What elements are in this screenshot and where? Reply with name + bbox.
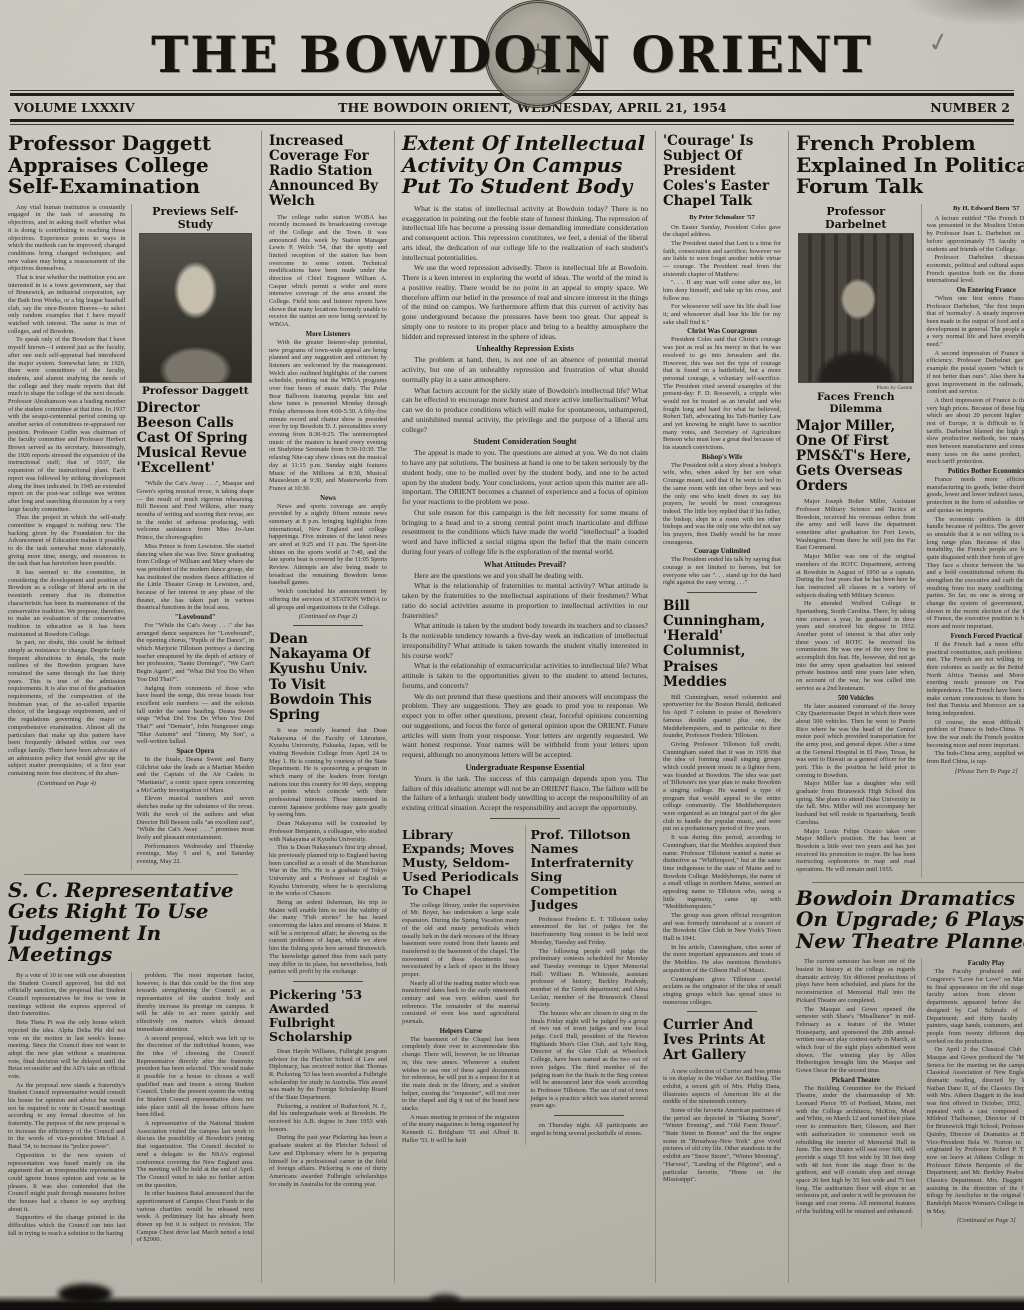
- article-pickering: Pickering '53 Awarded Fulbright Scholars…: [269, 988, 387, 1188]
- article-paragraph: If the French had a more efficient and p…: [927, 641, 1024, 718]
- article-paragraph: A second impression of France is that of…: [927, 350, 1024, 396]
- section-divider: [687, 1011, 757, 1012]
- article-paragraph: Nearly all of the reading matter which w…: [402, 980, 520, 1026]
- article-subhead: 500 Vehicles: [796, 695, 916, 702]
- article-paragraph: What is the status of intellectual activ…: [402, 204, 648, 263]
- article-beeson: Director Beeson Calls Cast Of Spring Mus…: [137, 401, 255, 866]
- article-paragraph: A representative of the National Student…: [137, 1120, 255, 1189]
- tillotson-headline: Prof. Tillotson Names Interfraternity Si…: [531, 828, 649, 912]
- article-paragraph: Major Louis Felipe Ocasio takes over Maj…: [796, 828, 916, 874]
- courage-byline: By Peter Schmalzer '57: [663, 214, 781, 221]
- article-subhead: Student Consideration Sought: [402, 437, 648, 446]
- article-subhead: On Entering France: [927, 287, 1024, 294]
- french-headline: French Problem Explained In Political Fo…: [796, 133, 1024, 198]
- nakayama-headline: Dean Nakayama Of Kyushu Univ. To Visit B…: [269, 632, 387, 723]
- currier-body: A new collection of Currier and Ives pri…: [663, 1068, 781, 1184]
- article-paragraph: A third impression of France is that of …: [927, 397, 1024, 466]
- section-divider: [490, 818, 560, 819]
- article-paragraph: It has seemed to the committee, in consi…: [8, 569, 126, 638]
- article-currier: Currier And Ives Prints At Art Gallery A…: [663, 1018, 781, 1184]
- courage-body: On Easter Sunday, President Coles gave t…: [663, 224, 781, 588]
- article-paragraph: Welch concluded his announcement by offe…: [269, 588, 387, 611]
- nakayama-body: It was recently learned that Dean Nakaya…: [269, 727, 387, 976]
- scan-blot: [58, 1284, 112, 1304]
- daggett-photo-caption: Professor Daggett: [137, 385, 255, 397]
- article-subhead: News: [269, 495, 387, 502]
- article-paragraph: The President told a story about a bisho…: [663, 462, 781, 547]
- french-body: A lecture entitled "The French Dilemma" …: [927, 215, 1024, 766]
- article-paragraph: Being an ardent fisherman, his trip to M…: [269, 899, 387, 976]
- article-paragraph: Bill Cunningham, noted columnist and spo…: [663, 694, 781, 740]
- article-paragraph: Major Joseph Bolter Miller, Assistant Pr…: [796, 498, 916, 552]
- article-paragraph: It was during this period, according to …: [663, 834, 781, 911]
- article-paragraph: problem. The most important factor, howe…: [137, 972, 255, 1034]
- article-paragraph: Thus the project in which the self-study…: [8, 514, 126, 568]
- article-editorial: Extent Of Intellectual Activity On Campu…: [402, 133, 648, 813]
- pen-mark-icon: ✓: [925, 26, 953, 60]
- article-paragraph: News and sports coverage are amply provi…: [269, 503, 387, 588]
- article-paragraph: This is Dean Nakayama's first trip abroa…: [269, 844, 387, 898]
- dateline-rule-heavy: [10, 119, 1014, 122]
- article-paragraph: Yours is the task. The success of this c…: [402, 774, 648, 813]
- article-paragraph: The President ended his talk by saying t…: [663, 556, 781, 587]
- article-paragraph: Some of the favorite American pastimes o…: [663, 1107, 781, 1184]
- article-paragraph: During the past year Pickering has been …: [269, 1134, 387, 1188]
- article-paragraph: The group was given official recognition…: [663, 912, 781, 943]
- column-stack-5: French Problem Explained In Political Fo…: [788, 131, 1024, 1283]
- article-paragraph: "When one first enters France," said Pro…: [927, 295, 1024, 349]
- article-paragraph: Judging from comments of those who have …: [137, 685, 255, 747]
- section-divider: [24, 874, 238, 875]
- column-stack-2: Increased Coverage For Radio Station Ann…: [261, 131, 387, 1283]
- student-council-headline: S. C. Representative Gets Right To Use J…: [8, 880, 254, 966]
- article-paragraph: In other business Batal announced that t…: [137, 1190, 255, 1244]
- daggett-sidebar: Previews Self-Study Professor Daggett Di…: [131, 204, 255, 870]
- article-paragraph: The Indo-China army, supplied with goods…: [927, 750, 1024, 765]
- article-paragraph: In the finale, Deana Sweet and Barry Gil…: [137, 756, 255, 794]
- article-paragraph: Performances Wednesday and Thursday even…: [137, 843, 255, 866]
- article-daggett: Professor Daggett Appraises College Self…: [8, 133, 254, 870]
- currier-headline: Currier And Ives Prints At Art Gallery: [663, 1018, 781, 1063]
- dateline-rule-thin: [10, 124, 1014, 125]
- article-tillotson: Prof. Tillotson Names Interfraternity Si…: [525, 825, 649, 1146]
- courage-headline: 'Courage' Is Subject Of President Coles'…: [663, 134, 781, 210]
- article-paragraph: Dean Haydn Williams, Fulbright program a…: [269, 1048, 387, 1102]
- page-columns: Professor Daggett Appraises College Self…: [0, 125, 1024, 1283]
- article-paragraph: Any vital human institution is constantl…: [8, 204, 126, 273]
- editorial-headline: Extent Of Intellectual Activity On Campu…: [402, 133, 648, 198]
- miller-body: Major Joseph Bolter Miller, Assistant Pr…: [796, 498, 916, 873]
- french-byline: By H. Edward Born '57: [927, 205, 1024, 212]
- article-nakayama: Dean Nakayama Of Kyushu Univ. To Visit B…: [269, 632, 387, 976]
- article-paragraph: The Faculty produced and played Congreve…: [927, 968, 1024, 1045]
- cunningham-body: Bill Cunningham, noted columnist and spo…: [663, 694, 781, 1007]
- article-paragraph: He attended Wofford College in Spartanbu…: [796, 600, 916, 692]
- miller-headline: Major Miller, One Of First PMS&T's Here,…: [796, 419, 916, 495]
- article-paragraph: A new collection of Currier and Ives pri…: [663, 1068, 781, 1106]
- scan-edge: [0, 1295, 1024, 1310]
- article-paragraph: The current semester has been one of the…: [796, 958, 916, 1004]
- article-paragraph: Giving Professor Tillotson full credit, …: [663, 741, 781, 833]
- pickering-body: Dean Haydn Williams, Fulbright program a…: [269, 1048, 387, 1188]
- article-paragraph: A mass meeting in protest of the migrati…: [402, 1114, 520, 1145]
- article-subhead: What Attitudes Prevail?: [402, 560, 648, 569]
- library-body: The college library, under the supervisi…: [402, 902, 520, 1145]
- article-subhead: Unhealthy Repression Exists: [402, 344, 648, 353]
- cunningham-headline: Bill Cunningham, 'Herald' Columnist, Pra…: [663, 599, 781, 690]
- article-paragraph: What is the relationship of extracurricu…: [402, 661, 648, 690]
- article-subhead: Bishop's Wife: [663, 454, 781, 461]
- article-paragraph: A second proposal, which was left up to …: [137, 1035, 255, 1120]
- article-subhead: Pickard Theatre: [796, 1077, 916, 1084]
- article-dramatics: Bowdoin Dramatics On Upgrade; 6 Plays, N…: [796, 888, 1024, 1229]
- article-subhead: More Listeners: [269, 331, 387, 338]
- newspaper-title: THE BOWDOIN ORIENT: [151, 12, 873, 90]
- article-paragraph: The college library, under the supervisi…: [402, 902, 520, 979]
- article-paragraph: Pickering, a resident of Rutherford, N. …: [269, 1103, 387, 1134]
- article-paragraph: The economic problem is difficult to han…: [927, 516, 1024, 631]
- article-paragraph: A lecture entitled "The French Dilemma" …: [927, 215, 1024, 253]
- article-cunningham: Bill Cunningham, 'Herald' Columnist, Pra…: [663, 599, 781, 1006]
- radio-headline: Increased Coverage For Radio Station Ann…: [269, 134, 387, 210]
- issue-number-label: NUMBER 2: [930, 100, 1010, 115]
- french-continued: [Please Turn To Page 2]: [927, 768, 1024, 775]
- student-council-col1: By a vote of 10 to one with one abstenti…: [8, 972, 126, 1245]
- article-paragraph: In his article, Cunningham, cites some o…: [663, 944, 781, 975]
- beeson-body: "While the Cat's Away . . .", Masque and…: [137, 480, 255, 865]
- daggett-continued: (Continued on Page 4): [8, 780, 126, 787]
- section-divider: [687, 592, 757, 593]
- editorial-body: What is the status of intellectual activ…: [402, 204, 648, 813]
- article-subhead: Christ Was Couragrous: [663, 328, 781, 335]
- newspaper-front-page: ☼ THE BOWDOIN ORIENT ✓ VOLUME LXXXIV THE…: [0, 0, 1024, 1310]
- dramatics-col2: Faculty PlayThe Faculty produced and pla…: [921, 958, 1024, 1228]
- article-paragraph: Of course, the most difficult colonial p…: [927, 719, 1024, 750]
- library-continuation: on Thursday night. All participants are …: [531, 1122, 649, 1137]
- article-subhead: Faculty Play: [927, 960, 1024, 967]
- student-council-col2: problem. The most important factor, howe…: [131, 972, 255, 1245]
- article-paragraph: He later assumed command of the Jersey C…: [796, 703, 916, 780]
- article-paragraph: What factors account for the sickly stat…: [402, 386, 648, 435]
- article-paragraph: Our sole reason for this campaign is the…: [402, 508, 648, 557]
- article-paragraph: France needs more efficiency in manufact…: [927, 476, 1024, 514]
- article-paragraph: We use the word repression advisedly. Th…: [402, 263, 648, 341]
- article-paragraph: With the greater listener-ship potential…: [269, 339, 387, 493]
- article-paragraph: The problem at hand, then, is not one of…: [402, 355, 648, 384]
- article-paragraph: Cunningham gives Tillotson special accla…: [663, 976, 781, 1007]
- article-subhead: "Lovebound": [137, 614, 255, 621]
- article-paragraph: ". . . If any man will come after me, le…: [663, 279, 781, 302]
- beeson-headline: Director Beeson Calls Cast Of Spring Mus…: [137, 401, 255, 477]
- article-library: Library Expands; Moves Musty, Seldom-Use…: [402, 825, 520, 1146]
- article-miller: Major Miller, One Of First PMS&T's Here,…: [796, 419, 916, 874]
- article-paragraph: That is true whether the institution you…: [8, 274, 126, 336]
- column-stack-3: Extent Of Intellectual Activity On Campu…: [394, 131, 648, 1283]
- article-subhead: French Forced Practical: [927, 633, 1024, 640]
- article-student-council: S. C. Representative Gets Right To Use J…: [8, 880, 254, 1245]
- professor-darbelnet-photo: [798, 233, 914, 383]
- article-paragraph: As the proposal now stands a fraternity'…: [8, 1082, 126, 1151]
- daggett-headline: Professor Daggett Appraises College Self…: [8, 133, 254, 198]
- article-paragraph: Here are the questions we and you shall …: [402, 571, 648, 581]
- article-paragraph: Opposition to the new system of represen…: [8, 1152, 126, 1214]
- article-paragraph: On Easter Sunday, President Coles gave t…: [663, 224, 781, 239]
- french-main: By H. Edward Born '57 A lecture entitled…: [921, 204, 1024, 878]
- article-subhead: Helpers Curse: [402, 1028, 520, 1035]
- article-paragraph: Professor Frederic E. T. Tillotson today…: [531, 916, 649, 947]
- dramatics-col1: The current semester has been one of the…: [796, 958, 916, 1228]
- article-french: French Problem Explained In Political Fo…: [796, 133, 1024, 878]
- radio-continued: (Continued on Page 2): [269, 613, 387, 620]
- article-paragraph: "While the Cat's Away . . .", Masque and…: [137, 480, 255, 542]
- scan-smudge: [904, 0, 1024, 26]
- article-paragraph: The Building Committee for the Pickard T…: [796, 1085, 916, 1216]
- section-divider: [293, 625, 363, 626]
- article-paragraph: Dean Nakayama will be counseled by Profe…: [269, 820, 387, 843]
- article-paragraph: What is the relationship of fraternities…: [402, 581, 648, 620]
- dramatics-col2-body: Faculty PlayThe Faculty produced and pla…: [927, 960, 1024, 1215]
- article-paragraph: Beta Theta Pi was the only house which r…: [8, 1019, 126, 1081]
- professor-daggett-photo: [139, 233, 253, 383]
- darbelnet-photo-label: Professor Darbelnet: [796, 205, 916, 231]
- dramatics-continued: [Continued on Page 3]: [927, 1217, 1024, 1224]
- article-paragraph: What attitude is taken by the student bo…: [402, 621, 648, 660]
- article-paragraph: The basement of the Chapel has been comp…: [402, 1036, 520, 1113]
- article-subhead: Politics Bother Economics: [927, 468, 1024, 475]
- tillotson-body: Professor Frederic E. T. Tillotson today…: [531, 916, 649, 1110]
- volume-label: VOLUME LXXXIV: [14, 100, 135, 115]
- article-courage: 'Courage' Is Subject Of President Coles'…: [663, 134, 781, 587]
- article-paragraph: On April 2 the Classical Club and the Ma…: [927, 1046, 1024, 1215]
- article-paragraph: We do not pretend that these questions a…: [402, 692, 648, 760]
- section-divider: [812, 882, 1024, 883]
- article-paragraph: President Coles said that Christ's coura…: [663, 336, 781, 451]
- article-subhead: Space Opera: [137, 748, 255, 755]
- library-headline: Library Expands; Moves Musty, Seldom-Use…: [402, 828, 520, 898]
- article-paragraph: For "While the Cat's Away . . ." she has…: [137, 622, 255, 684]
- radio-body: The college radio station WOBA has recen…: [269, 214, 387, 612]
- article-paragraph: Supporters of the change pointed to the …: [8, 1214, 126, 1237]
- article-paragraph: For whosoever will save his life shall l…: [663, 303, 781, 326]
- article-paragraph: Major Miller has a daughter who will gra…: [796, 780, 916, 826]
- scan-blot: [430, 1294, 460, 1306]
- dramatics-headline: Bowdoin Dramatics On Upgrade; 6 Plays, N…: [796, 888, 1024, 953]
- article-paragraph: Miss Prince is from Lewiston. She starte…: [137, 543, 255, 612]
- column-stack-4: 'Courage' Is Subject Of President Coles'…: [655, 131, 781, 1283]
- article-paragraph: The appeal is made to you. The questions…: [402, 448, 648, 507]
- article-paragraph: The Masque and Gown opened the semester …: [796, 1006, 916, 1075]
- article-paragraph: The houses who are chosen to sing in the…: [531, 1010, 649, 1110]
- article-radio: Increased Coverage For Radio Station Ann…: [269, 134, 387, 620]
- article-paragraph: Professor Darbelnet discussed the econom…: [927, 254, 1024, 285]
- article-paragraph: The following people will judge the prel…: [531, 948, 649, 1010]
- article-paragraph: The college radio station WOBA has recen…: [269, 214, 387, 329]
- daggett-body: Any vital human institution is constantl…: [8, 204, 126, 870]
- section-divider: [293, 981, 363, 982]
- column-stack-1: Professor Daggett Appraises College Self…: [8, 131, 254, 1283]
- darbelnet-photo-caption: Faces French Dilemma: [796, 391, 916, 415]
- article-paragraph: It was recently learned that Dean Nakaya…: [269, 727, 387, 819]
- daggett-photo-label: Previews Self-Study: [137, 205, 255, 231]
- article-paragraph: Eleven musical numbers and seven sketche…: [137, 795, 255, 841]
- article-paragraph: The President stated that Lent is a time…: [663, 240, 781, 278]
- article-subhead: Courage Unlimited: [663, 548, 781, 555]
- article-paragraph: Major Miller was one of the original mem…: [796, 553, 916, 599]
- article-paragraph: By a vote of 10 to one with one abstenti…: [8, 972, 126, 1018]
- pickering-headline: Pickering '53 Awarded Fulbright Scholars…: [269, 988, 387, 1044]
- section-divider: [554, 1115, 624, 1116]
- french-sidebar: Professor Darbelnet Photo by Gaston Face…: [796, 204, 916, 878]
- article-paragraph: To speak only of the Bowdoin that I have…: [8, 336, 126, 513]
- article-subhead: Undergraduate Response Essential: [402, 763, 648, 772]
- masthead: ☼ THE BOWDOIN ORIENT ✓ VOLUME LXXXIV THE…: [0, 0, 1024, 125]
- article-paragraph: In part, no doubt, this could be defined…: [8, 639, 126, 777]
